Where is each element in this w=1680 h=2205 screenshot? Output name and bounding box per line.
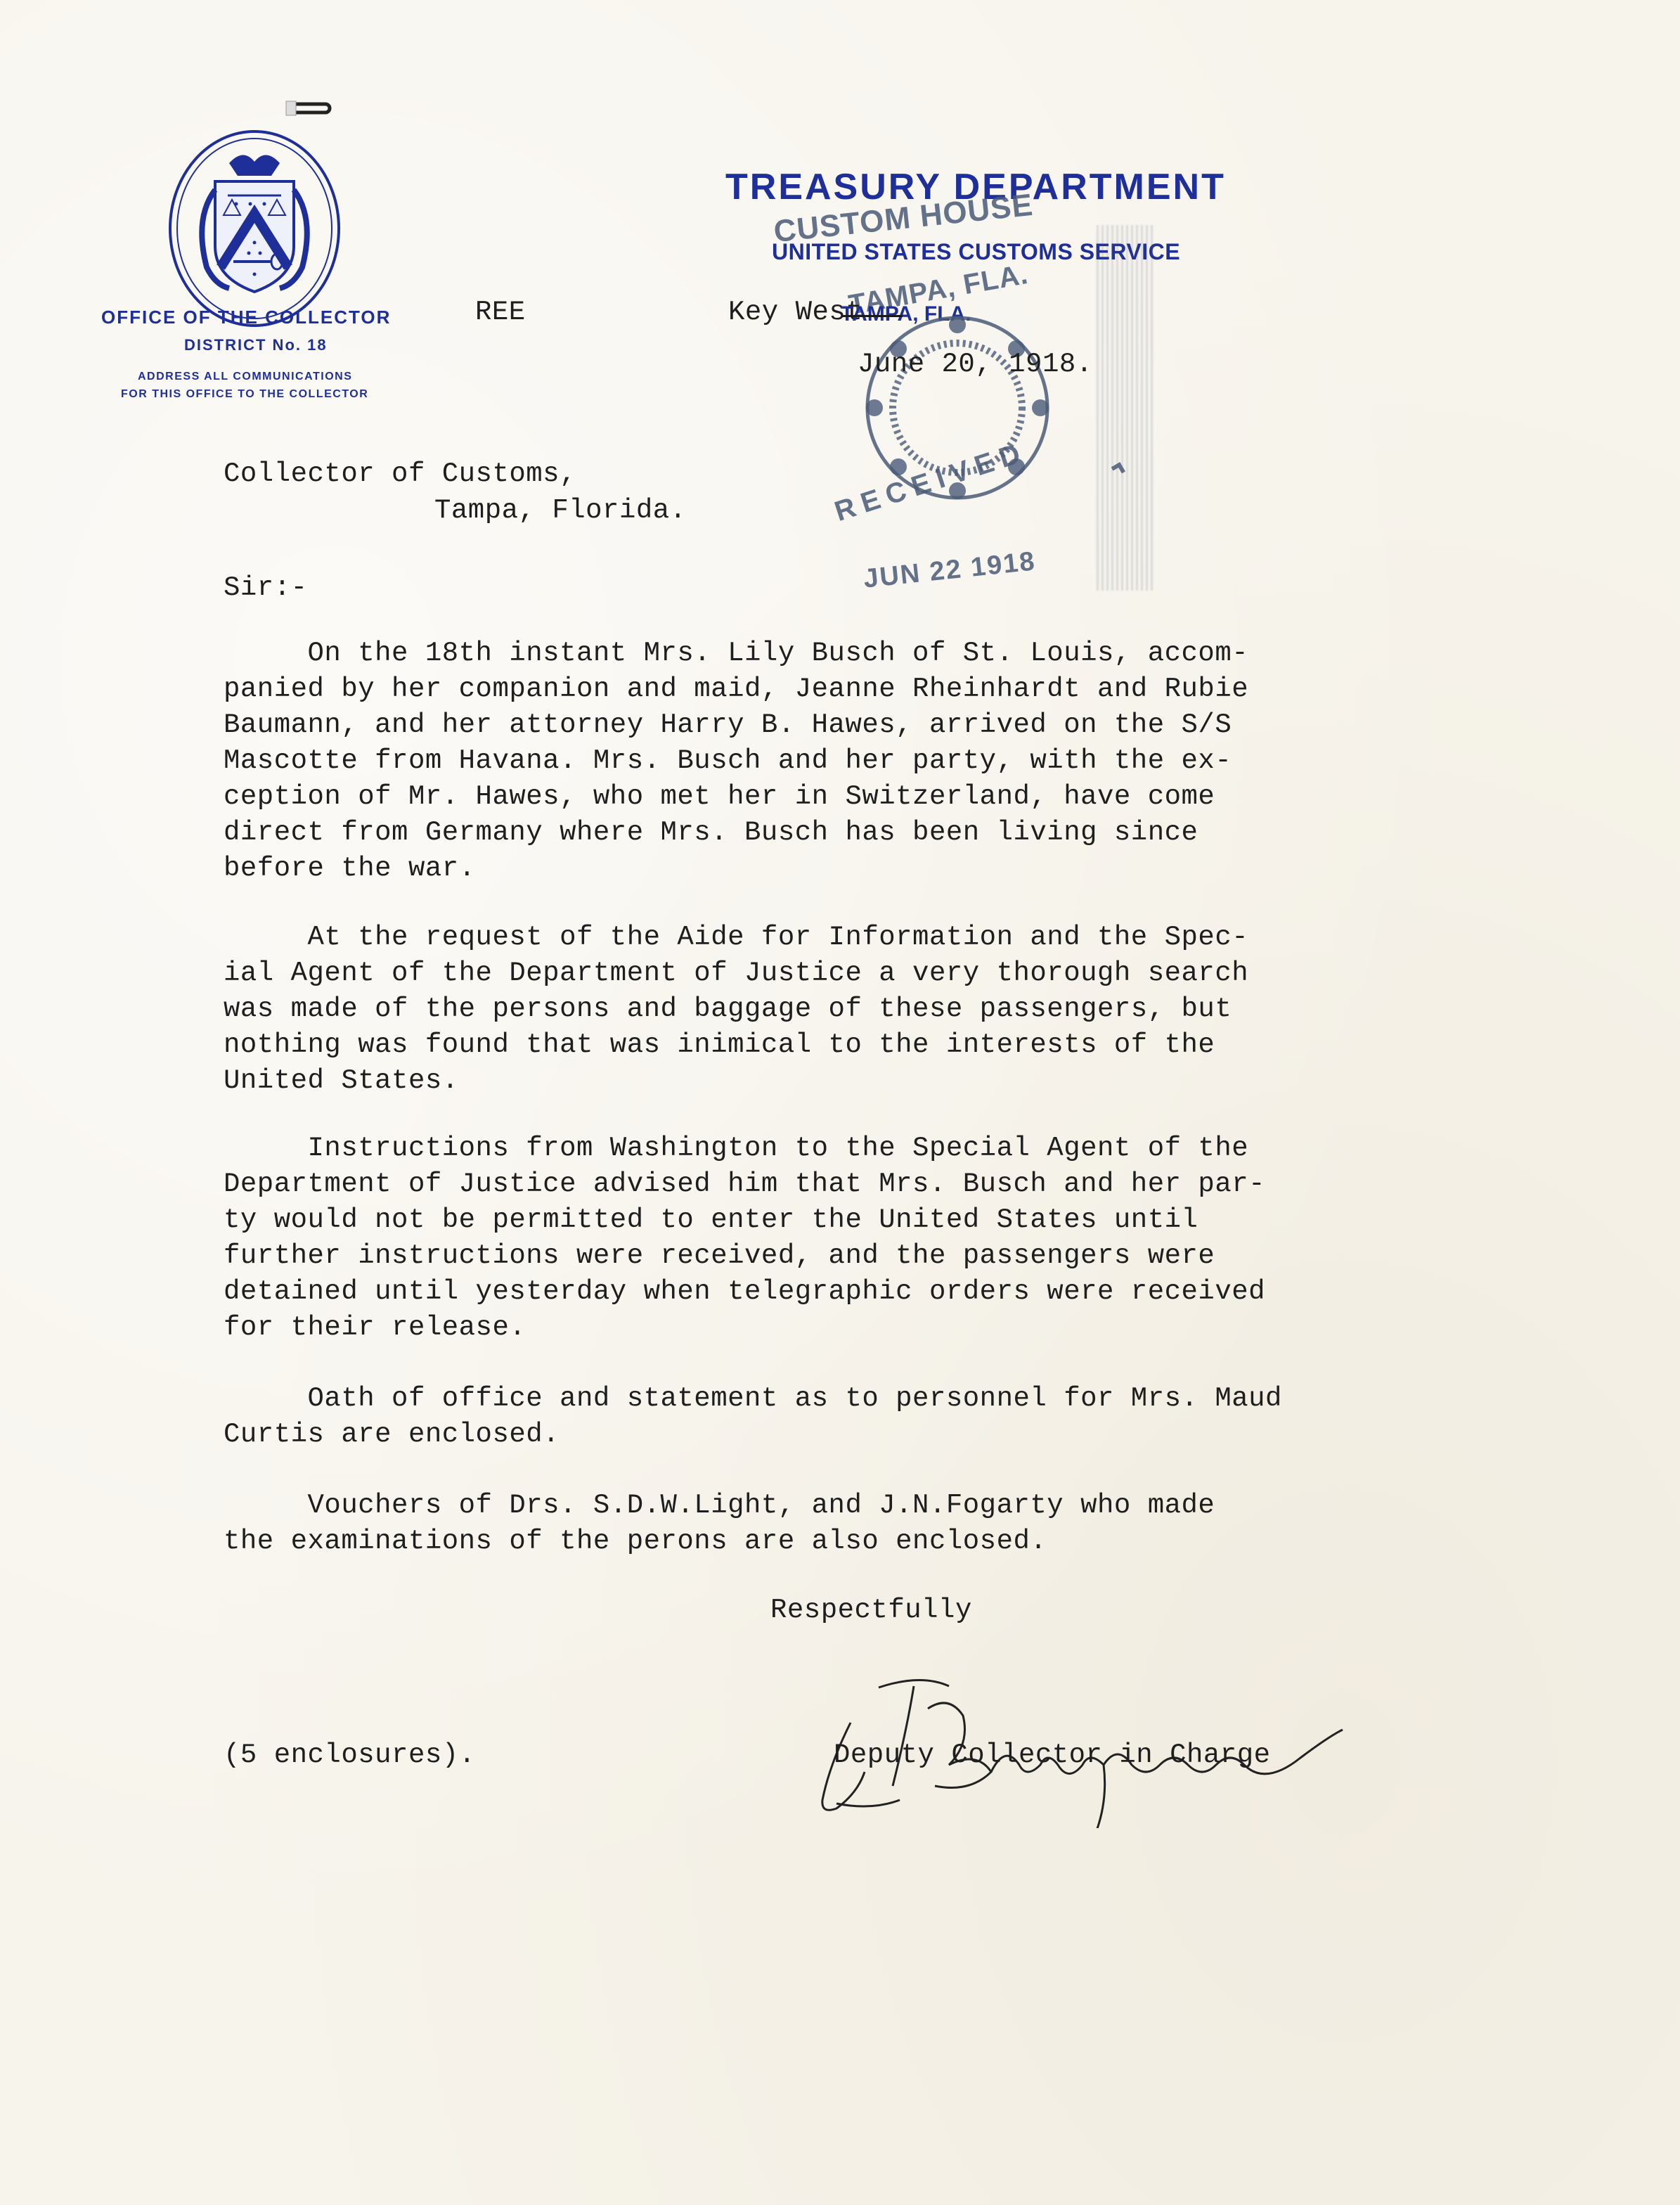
address-instruction-line-2: FOR THIS OFFICE TO THE COLLECTOR [121,388,368,401]
body-line: panied by her companion and maid, Jeanne… [224,671,1531,707]
body-line: United States. [224,1063,1531,1099]
body-line: detained until yesterday when telegraphi… [224,1274,1531,1310]
addressee-line-1: Collector of Customs, [224,458,576,489]
reference-initials: REE [475,297,526,328]
body-line: Department of Justice advised him that M… [224,1166,1531,1202]
body-line: Mascotte from Havana. Mrs. Busch and her… [224,743,1531,779]
body-line: Curtis are enclosed. [224,1417,1531,1453]
body-line: ty would not be permitted to enter the U… [224,1202,1531,1238]
addressee-line-2: Tampa, Florida. [434,495,687,526]
body-line: At the request of the Aide for Informati… [224,920,1531,956]
office-title: OFFICE OF THE COLLECTOR [101,307,391,328]
body-paragraph-3: Instructions from Washington to the Spec… [224,1131,1531,1346]
body-line: Vouchers of Drs. S.D.W.Light, and J.N.Fo… [224,1488,1531,1524]
body-paragraph-5: Vouchers of Drs. S.D.W.Light, and J.N.Fo… [224,1488,1531,1560]
body-line: the examinations of the perons are also … [224,1524,1531,1560]
signer-title: Deputy Collector in Charge [834,1740,1271,1770]
body-line: nothing was found that was inimical to t… [224,1027,1531,1063]
signature-text: L. T. Bragassa [870,1666,874,1667]
salutation: Sir:- [224,572,308,603]
body-paragraph-4: Oath of office and statement as to perso… [224,1381,1531,1453]
enclosures-note: (5 enclosures). [224,1740,476,1770]
body-line: ial Agent of the Department of Justice a… [224,956,1531,991]
body-paragraph-2: At the request of the Aide for Informati… [224,920,1531,1099]
complimentary-close: Respectfully [770,1595,972,1626]
paper-clip-icon [285,98,334,120]
body-line: further instructions were received, and … [224,1238,1531,1274]
address-instruction-line-1: ADDRESS ALL COMMUNICATIONS [138,371,352,383]
body-line: On the 18th instant Mrs. Lily Busch of S… [224,636,1531,671]
body-line: ception of Mr. Hawes, who met her in Swi… [224,779,1531,815]
stamp-smudge [1097,225,1153,591]
district-label: DISTRICT No. 18 [184,336,328,354]
letter-date: June 20, 1918. [858,349,1093,380]
body-line: Oath of office and statement as to perso… [224,1381,1531,1417]
body-line: Baumann, and her attorney Harry B. Hawes… [224,707,1531,743]
treasury-seal-icon [166,127,343,330]
body-line: was made of the persons and baggage of t… [224,991,1531,1027]
body-line: before the war. [224,851,1531,887]
body-line: Instructions from Washington to the Spec… [224,1131,1531,1166]
stamp-received-date: JUN 22 1918 [862,546,1037,594]
body-paragraph-1: On the 18th instant Mrs. Lily Busch of S… [224,636,1531,887]
body-line: for their release. [224,1310,1531,1346]
body-line: direct from Germany where Mrs. Busch has… [224,815,1531,851]
